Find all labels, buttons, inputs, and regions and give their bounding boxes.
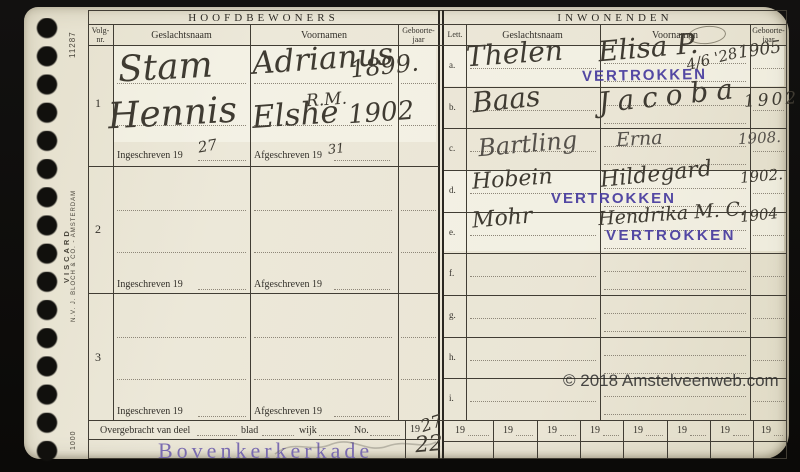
section-divider-line xyxy=(442,10,444,459)
dotted-line xyxy=(334,160,390,161)
grid-line xyxy=(623,420,624,459)
dotted-line xyxy=(753,235,784,236)
grid-line xyxy=(398,24,399,420)
dotted-line xyxy=(753,401,784,402)
dotted-line xyxy=(560,435,576,436)
handwriting-afgeschreven-year: 31 xyxy=(327,142,345,157)
population-register-card-scan: 11287 VISCARD N.V. J. BLOCH & CO. - AMST… xyxy=(0,0,800,472)
dotted-line xyxy=(470,276,596,277)
handwriting-firstnames-c: Erna xyxy=(616,129,663,150)
dotted-line xyxy=(401,337,436,338)
dotted-line xyxy=(198,416,246,417)
grid-line xyxy=(493,420,494,459)
dotted-line xyxy=(198,289,246,290)
ingeschreven-label-row2: Ingeschreven 19 xyxy=(117,279,183,290)
dotted-line xyxy=(254,379,392,380)
blad-label: blad xyxy=(241,425,258,436)
dotted-line xyxy=(604,248,746,249)
handwriting-firstnames-a: Elisa P. xyxy=(597,30,699,67)
dotted-line xyxy=(334,289,390,290)
lett-e: e. xyxy=(449,227,455,237)
grid-line xyxy=(444,337,786,338)
grid-line xyxy=(444,253,786,254)
volgnr-3: 3 xyxy=(95,350,101,365)
printer-name: VISCARD xyxy=(62,168,71,343)
dotted-line xyxy=(753,360,784,361)
handwriting-birthyear-1: 1899. xyxy=(349,50,420,81)
dotted-line xyxy=(753,276,784,277)
handwriting-surname-a: Thelen xyxy=(465,37,564,72)
handwriting-birthyear-c: 1908. xyxy=(738,130,782,147)
dotted-line xyxy=(753,68,784,69)
dotted-line xyxy=(117,210,246,211)
copyright-watermark: © 2018 Amstelveenweb.com xyxy=(563,371,779,391)
ingeschreven-label-row1: Ingeschreven 19 xyxy=(117,150,183,161)
lett-a: a. xyxy=(449,60,455,70)
dotted-line xyxy=(604,271,746,272)
handwriting-surname-2: Hennis xyxy=(107,93,238,136)
dotted-line xyxy=(604,331,746,332)
serial-number-bottom: 1000 xyxy=(70,410,77,450)
dotted-line xyxy=(604,313,746,314)
lett-h: h. xyxy=(449,352,456,362)
grid-line xyxy=(88,166,439,167)
grid-line xyxy=(444,441,786,442)
dotted-line xyxy=(470,318,596,319)
dotted-line xyxy=(254,210,392,211)
printer-imprint: VISCARD N.V. J. BLOCH & CO. - AMSTERDAM xyxy=(62,168,77,343)
year-column-1: 19 xyxy=(503,425,513,436)
handwriting-surname-b: Baas xyxy=(471,83,542,118)
afgeschreven-label-row3: Afgeschreven 19 xyxy=(254,406,322,417)
dotted-line xyxy=(254,337,392,338)
grid-line xyxy=(580,420,581,459)
dotted-line xyxy=(470,401,596,402)
handwriting-birthyear-d: 1902. xyxy=(739,167,783,186)
grid-line xyxy=(786,10,787,459)
volgnr-2: 2 xyxy=(95,222,101,237)
section-divider-line xyxy=(438,10,440,459)
grid-line xyxy=(537,420,538,459)
lett-i: i. xyxy=(449,393,454,403)
grid-line xyxy=(250,24,251,420)
year-column-7: 19 xyxy=(761,425,771,436)
afgeschreven-label-row2: Afgeschreven 19 xyxy=(254,279,322,290)
dotted-line xyxy=(690,435,706,436)
dotted-line xyxy=(198,160,246,161)
year-column-2: 19 xyxy=(547,425,557,436)
year-column-6: 19 xyxy=(720,425,730,436)
serial-number-top: 11287 xyxy=(68,12,77,58)
handwriting-birthyear-e: 1904 xyxy=(739,206,779,225)
ingeschreven-label-row3: Ingeschreven 19 xyxy=(117,406,183,417)
handwriting-birthyear-2: 1902 xyxy=(347,98,415,129)
column-header-birthyear-left: Geboorte-jaar xyxy=(398,27,439,44)
dotted-line xyxy=(753,193,784,194)
year-column-0: 19 xyxy=(455,425,465,436)
dotted-line xyxy=(401,252,436,253)
dotted-line xyxy=(774,435,783,436)
year-column-5: 19 xyxy=(677,425,687,436)
column-header-surname-left: Geslachtsnaam xyxy=(113,30,250,41)
afgeschreven-label-row1: Afgeschreven 19 xyxy=(254,150,322,161)
lett-b: b. xyxy=(449,102,456,112)
handwriting-surname-1: Stam xyxy=(117,48,213,89)
dotted-line xyxy=(254,83,392,84)
dotted-line xyxy=(197,435,237,436)
dotted-line xyxy=(604,414,746,415)
handwriting-surname-d: Hobein xyxy=(471,166,553,194)
grid-line xyxy=(88,293,439,294)
dotted-line xyxy=(117,252,246,253)
binder-punch-holes xyxy=(36,18,58,462)
handwriting-firstnames-2: Elshe xyxy=(251,97,340,134)
lett-c: c. xyxy=(449,143,455,153)
lett-f: f. xyxy=(449,268,454,278)
dotted-line xyxy=(401,379,436,380)
grid-line xyxy=(88,24,787,25)
grid-line xyxy=(466,24,467,420)
handwriting-birthyear-b: 1902 xyxy=(743,90,799,111)
section-title-inwonenden: INWONENDEN xyxy=(443,12,787,24)
handwriting-surname-e: Mohr xyxy=(471,205,533,232)
grid-line xyxy=(667,420,668,459)
dotted-line xyxy=(334,416,390,417)
handwriting-house-number: 22 xyxy=(414,433,444,457)
dotted-line xyxy=(468,435,489,436)
transfer-label: Overgebracht van deel xyxy=(100,425,190,436)
section-title-hoofdbewoners: HOOFDBEWONERS xyxy=(88,12,439,24)
volgnr-1: 1 xyxy=(95,96,101,111)
grid-line xyxy=(88,10,89,459)
dotted-line xyxy=(401,83,436,84)
grid-line xyxy=(753,420,754,459)
dotted-line xyxy=(603,435,619,436)
dotted-line xyxy=(604,396,746,397)
printer-company: N.V. J. BLOCH & CO. - AMSTERDAM xyxy=(71,168,77,343)
dotted-line xyxy=(470,235,596,236)
dotted-line xyxy=(117,337,246,338)
column-header-lett: Lett. xyxy=(443,31,467,40)
grid-line xyxy=(444,295,786,296)
year-column-4: 19 xyxy=(633,425,643,436)
lett-g: g. xyxy=(449,310,456,320)
dotted-line xyxy=(117,379,246,380)
dotted-line xyxy=(646,435,663,436)
grid-line xyxy=(710,420,711,459)
column-header-volgnr: Volg-nr. xyxy=(88,27,113,44)
dotted-line xyxy=(733,435,749,436)
lett-d: d. xyxy=(449,185,456,195)
handwriting-ingeschreven-year: 27 xyxy=(197,137,218,155)
dotted-line xyxy=(753,151,784,152)
dotted-line xyxy=(401,210,436,211)
dotted-line xyxy=(753,318,784,319)
dotted-line xyxy=(516,435,533,436)
dotted-line xyxy=(470,360,596,361)
dotted-line xyxy=(604,355,746,356)
vertrokken-stamp-e: VERTROKKEN xyxy=(606,227,736,244)
grid-line xyxy=(113,24,114,420)
year-column-3: 19 xyxy=(590,425,600,436)
dotted-line xyxy=(254,252,392,253)
dotted-line xyxy=(604,123,746,124)
dotted-line xyxy=(604,289,746,290)
